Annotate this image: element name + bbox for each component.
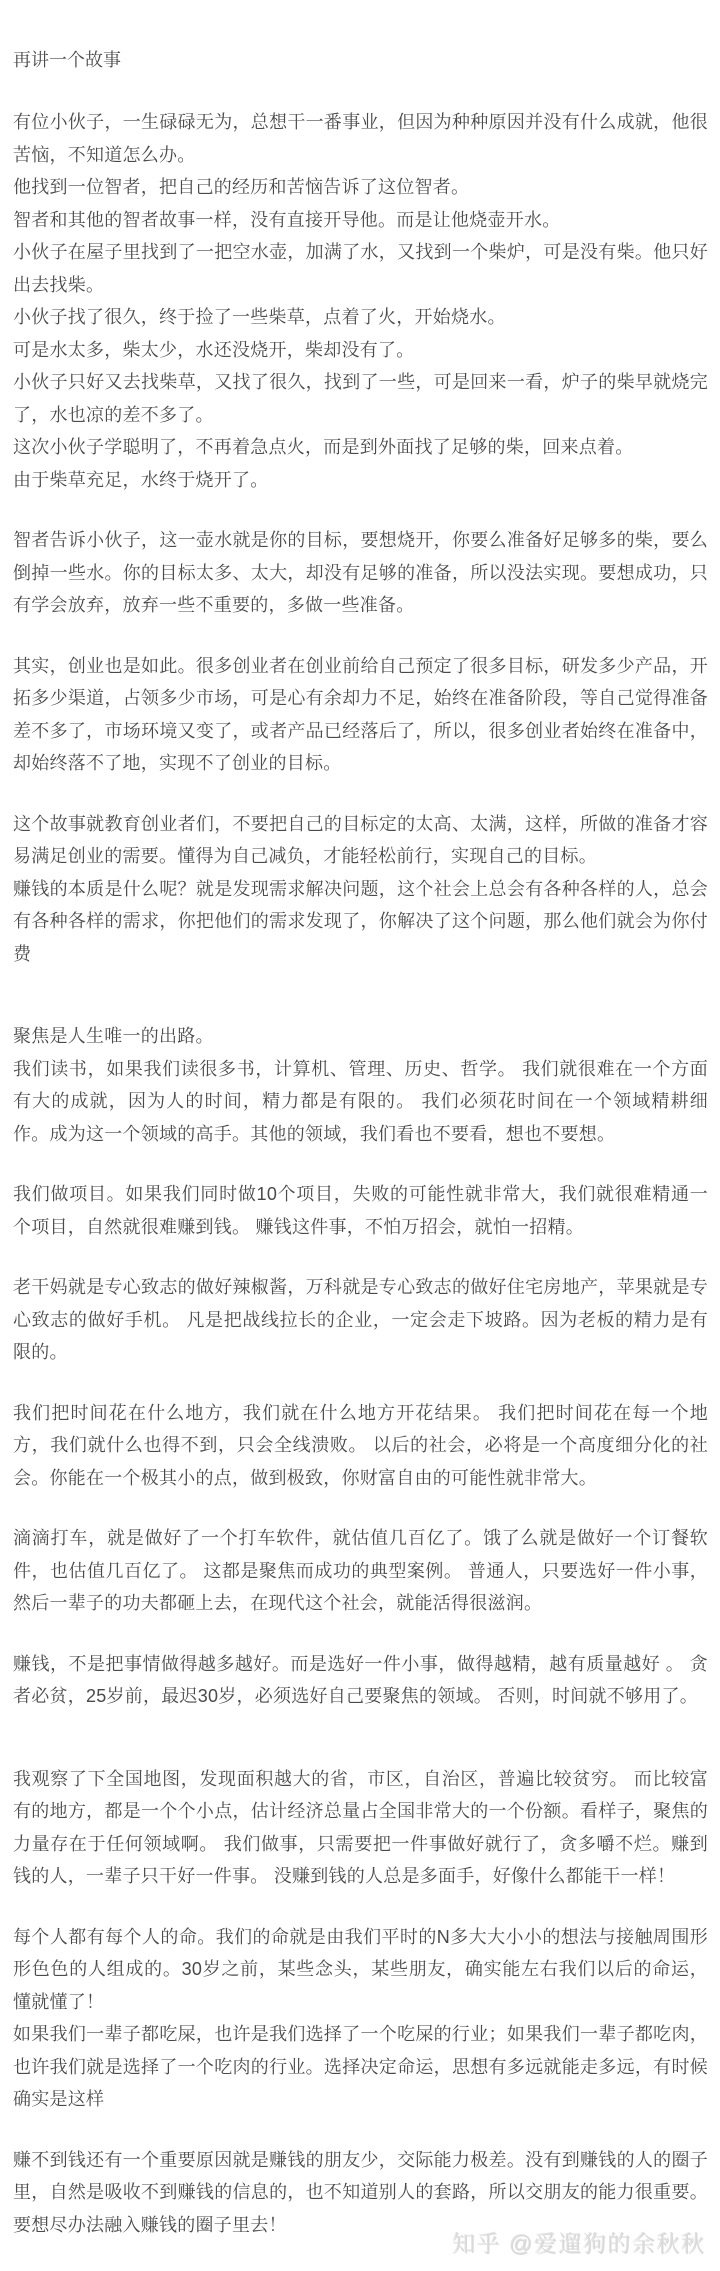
paragraph-block: 滴滴打车，就是做好了一个打车软件，就估值几百亿了。饿了么就是做好一个订餐软件，也… bbox=[13, 1522, 708, 1620]
paragraph-line: 有位小伙子，一生碌碌无为，总想干一番事业，但因为种种原因并没有什么成就，他很苦恼… bbox=[13, 106, 708, 171]
paragraph-line: 滴滴打车，就是做好了一个打车软件，就估值几百亿了。饿了么就是做好一个订餐软件，也… bbox=[13, 1522, 708, 1620]
article-title: 再讲一个故事 bbox=[13, 44, 708, 77]
article-body: 有位小伙子，一生碌碌无为，总想干一番事业，但因为种种原因并没有什么成就，他很苦恼… bbox=[13, 106, 708, 2241]
article-page: 再讲一个故事 有位小伙子，一生碌碌无为，总想干一番事业，但因为种种原因并没有什么… bbox=[0, 0, 720, 2271]
paragraph-line: 赚钱，不是把事情做得越多越好。而是选好一件小事，做得越精，越有质量越好 。 贪者… bbox=[13, 1648, 708, 1713]
paragraph-block: 其实，创业也是如此。很多创业者在创业前给自己预定了很多目标，研发多少产品，开拓多… bbox=[13, 650, 708, 780]
paragraph-line: 小伙子只好又去找柴草，又找了很久，找到了一些，可是回来一看，炉子的柴早就烧完了，… bbox=[13, 366, 708, 431]
paragraph-block: 赚钱，不是把事情做得越多越好。而是选好一件小事，做得越精，越有质量越好 。 贪者… bbox=[13, 1648, 708, 1713]
zhihu-watermark: 知乎 @爱遛狗的余秋秋 bbox=[453, 2226, 706, 2259]
paragraph-line: 我们读书，如果我们读很多书，计算机、管理、历史、哲学。 我们就很难在一个方面有大… bbox=[13, 1053, 708, 1151]
paragraph-block: 聚焦是人生唯一的出路。我们读书，如果我们读很多书，计算机、管理、历史、哲学。 我… bbox=[13, 1020, 708, 1150]
paragraph-line: 每个人都有每个人的命。我们的命就是由我们平时的N多大大小小的想法与接触周围形形色… bbox=[13, 1921, 708, 2019]
paragraph-block: 我们做项目。如果我们同时做10个项目，失败的可能性就非常大，我们就很难精通一个项… bbox=[13, 1178, 708, 1243]
paragraph-line: 可是水太多，柴太少，水还没烧开，柴却没有了。 bbox=[13, 334, 708, 367]
paragraph-line: 智者和其他的智者故事一样，没有直接开导他。而是让他烧壶开水。 bbox=[13, 204, 708, 237]
paragraph-line: 其实，创业也是如此。很多创业者在创业前给自己预定了很多目标，研发多少产品，开拓多… bbox=[13, 650, 708, 780]
paragraph-line: 由于柴草充足，水终于烧开了。 bbox=[13, 464, 708, 497]
paragraph-line: 老干妈就是专心致志的做好辣椒酱，万科就是专心致志的做好住宅房地产，苹果就是专心致… bbox=[13, 1271, 708, 1369]
paragraph-line: 赚钱的本质是什么呢？就是发现需求解决问题，这个社会上总会有各种各样的人，总会有各… bbox=[13, 873, 708, 971]
paragraph-line: 聚焦是人生唯一的出路。 bbox=[13, 1020, 708, 1053]
paragraph-block: 智者告诉小伙子，这一壶水就是你的目标，要想烧开，你要么准备好足够多的柴，要么倒掉… bbox=[13, 524, 708, 622]
paragraph-line: 小伙子找了很久，终于捡了一些柴草，点着了火，开始烧水。 bbox=[13, 301, 708, 334]
paragraph-block: 老干妈就是专心致志的做好辣椒酱，万科就是专心致志的做好住宅房地产，苹果就是专心致… bbox=[13, 1271, 708, 1369]
paragraph-line: 智者告诉小伙子，这一壶水就是你的目标，要想烧开，你要么准备好足够多的柴，要么倒掉… bbox=[13, 524, 708, 622]
paragraph-block: 我们把时间花在什么地方，我们就在什么地方开花结果。 我们把时间花在每一个地方，我… bbox=[13, 1397, 708, 1495]
paragraph-line: 我观察了下全国地图，发现面积越大的省，市区，自治区，普遍比较贫穷。 而比较富有的… bbox=[13, 1763, 708, 1893]
paragraph-line: 这次小伙子学聪明了，不再着急点火，而是到外面找了足够的柴，回来点着。 bbox=[13, 431, 708, 464]
paragraph-line: 小伙子在屋子里找到了一把空水壶，加满了水，又找到一个柴炉，可是没有柴。他只好出去… bbox=[13, 236, 708, 301]
paragraph-line: 如果我们一辈子都吃屎，也许是我们选择了一个吃屎的行业；如果我们一辈子都吃肉，也许… bbox=[13, 2018, 708, 2116]
paragraph-line: 我们把时间花在什么地方，我们就在什么地方开花结果。 我们把时间花在每一个地方，我… bbox=[13, 1397, 708, 1495]
paragraph-block: 每个人都有每个人的命。我们的命就是由我们平时的N多大大小小的想法与接触周围形形色… bbox=[13, 1921, 708, 2116]
paragraph-block: 这个故事就教育创业者们，不要把自己的目标定的太高、太满，这样，所做的准备才容易满… bbox=[13, 808, 708, 971]
paragraph-line: 我们做项目。如果我们同时做10个项目，失败的可能性就非常大，我们就很难精通一个项… bbox=[13, 1178, 708, 1243]
paragraph-line: 这个故事就教育创业者们，不要把自己的目标定的太高、太满，这样，所做的准备才容易满… bbox=[13, 808, 708, 873]
paragraph-block: 我观察了下全国地图，发现面积越大的省，市区，自治区，普遍比较贫穷。 而比较富有的… bbox=[13, 1763, 708, 1893]
paragraph-line: 他找到一位智者，把自己的经历和苦恼告诉了这位智者。 bbox=[13, 171, 708, 204]
paragraph-block: 有位小伙子，一生碌碌无为，总想干一番事业，但因为种种原因并没有什么成就，他很苦恼… bbox=[13, 106, 708, 496]
